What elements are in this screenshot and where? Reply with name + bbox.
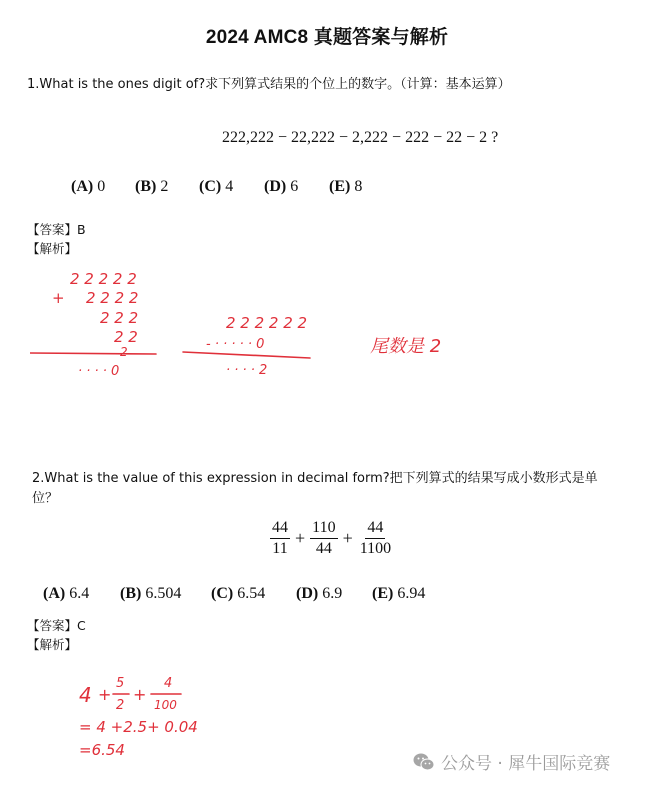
svg-text:5: 5 [116,676,124,691]
wechat-icon [413,752,435,772]
question-2-analysis-label: 【解析】 [27,635,77,654]
choice-b: (B) 2 [135,178,195,196]
choice-c: (C) 4 [199,178,260,196]
svg-text:2: 2 [116,698,124,713]
fraction-2: 11044 [310,518,337,559]
svg-text:· · · · 2: · · · · 2 [226,363,267,378]
choice-b: (B) 6.504 [120,585,207,603]
svg-text:+: + [133,685,146,704]
choice-a: (A) 0 [71,178,131,196]
question-1-analysis-label: 【解析】 [27,239,77,258]
question-1-answer: 【答案】B [27,220,86,239]
watermark-text: 公众号 · 犀牛国际竞赛 [441,749,610,774]
svg-text:2 2: 2 2 [114,328,138,346]
hw-line-22222: 2 2 2 2 2 [70,270,137,288]
choice-c: (C) 6.54 [211,585,292,603]
question-2-handwritten-working: 4 + 5 2 + 4 100 = 4 +2.5+ 0.04 =6.54 [75,670,275,765]
svg-text:· · · · 0: · · · · 0 [78,364,119,379]
watermark: 公众号 · 犀牛国际竞赛 [413,749,610,774]
svg-text:2: 2 [120,345,128,359]
choice-e: (E) 6.94 [372,585,425,603]
question-1-prompt: 1.What is the ones digit of?求下列算式结果的个位上的… [27,75,511,95]
question-2-answer: 【答案】C [27,616,86,635]
page-title: 2024 AMC8 真题答案与解析 [0,22,654,49]
question-2-expression: 4411 + 11044 + 441100 [270,518,393,559]
choice-a: (A) 6.4 [43,585,116,603]
question-1-choices: (A) 0 (B) 2 (C) 4 (D) 6 (E) 8 [71,178,362,196]
fraction-3: 441100 [358,518,393,559]
choice-d: (D) 6 [264,178,325,196]
hw-line-plus-2222: + [52,289,65,307]
svg-text:100: 100 [154,698,177,712]
svg-text:4: 4 [164,676,172,691]
hw-note: 尾数是 2 [370,336,441,357]
svg-text:+: + [98,685,111,704]
question-2-choices: (A) 6.4 (B) 6.504 (C) 6.54 (D) 6.9 (E) 6… [43,585,425,603]
svg-text:2 2 2 2: 2 2 2 2 [86,289,138,307]
hw-line2: = 4 +2.5+ 0.04 [79,718,198,736]
choice-e: (E) 8 [329,178,362,196]
choice-d: (D) 6.9 [296,585,368,603]
hw-line3: =6.54 [79,741,125,759]
question-1-handwritten-working: 2 2 2 2 2 + 2 2 2 2 2 2 2 2 2 2 · · · · … [30,260,490,390]
question-2-prompt-line2: 位？ [32,489,58,509]
svg-text:2 2 2: 2 2 2 [100,309,138,327]
svg-text:- · · · · · 0: - · · · · · 0 [206,337,264,352]
fraction-1: 4411 [270,518,290,559]
question-2-prompt-line1: 2.What is the value of this expression i… [32,469,598,489]
svg-text:2 2 2 2 2 2: 2 2 2 2 2 2 [226,314,307,332]
question-1-expression: 222,222 − 22,222 − 2,222 − 222 − 22 − 2 … [222,129,498,147]
svg-text:4: 4 [79,683,92,707]
